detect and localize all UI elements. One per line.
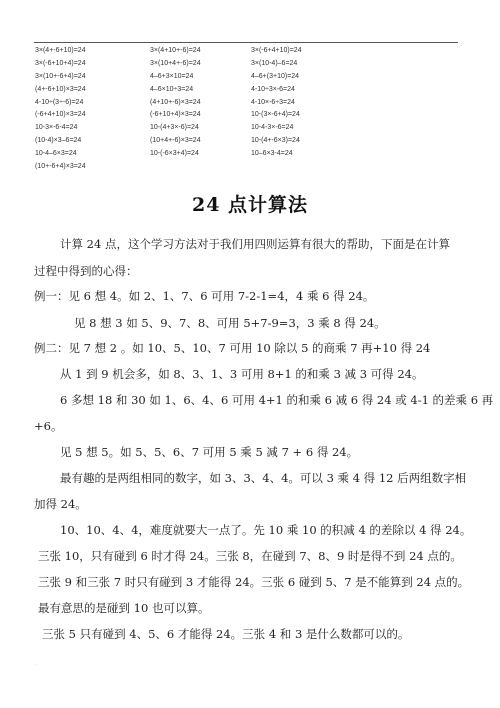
paragraph-line: 从 1 到 9 机会多，如 8、3、1、3 可用 8+1 的和乘 3 减 3 可… (60, 366, 423, 382)
document-page: · 3×(4+-6+10)=24 3×(-6+10+4)=24 3×(10+-6… (0, 0, 500, 708)
paragraph-line: 计算 24 点，这个学习方法对于我们用四则运算有很大的帮助，下面是在计算 (60, 236, 450, 252)
paragraph-line: 6 多想 18 和 30 如 1、6、4、6 可用 4+1 的和乘 6 减 6 … (60, 392, 493, 408)
paragraph-line: +6。 (34, 418, 62, 434)
paragraph-line: 见 8 想 3 如 5、9、7、8、可用 5+7-9=3，3 乘 8 得 24。 (74, 315, 386, 331)
paragraph-line: 三张 9 和三张 7 时只有碰到 3 才能得 24。三张 6 碰到 5、7 是不… (38, 574, 469, 590)
document-body: 计算 24 点，这个学习方法对于我们用四则运算有很大的帮助，下面是在计算 过程中… (34, 0, 474, 708)
footer-mark: · (36, 662, 38, 668)
paragraph-line: 三张 5 只有碰到 4、5、6 才能得 24。三张 4 和 3 是什么数都可以的… (42, 626, 409, 642)
paragraph-line: 三张 10，只有碰到 6 时才得 24。三张 8，在碰到 7、8、9 时是得不到… (38, 548, 462, 564)
paragraph-line: 最有意思的是碰到 10 也可以算。 (38, 600, 209, 616)
paragraph-line: 10、10、4、4，难度就要大一点了。先 10 乘 10 的积减 4 的差除以 … (60, 522, 471, 538)
paragraph-line: 例二：见 7 想 2 。如 10、5、10、7 可用 10 除以 5 的商乘 7… (34, 340, 430, 356)
paragraph-line: 最有趣的是两组相同的数字，如 3、3、4、4。可以 3 乘 4 得 12 后两组… (60, 470, 466, 486)
paragraph-line: 过程中得到的心得： (34, 263, 138, 279)
paragraph-line: 加得 24。 (34, 496, 87, 512)
paragraph-line: 见 5 想 5。如 5、5、6、7 可用 5 乘 5 减 7 + 6 得 24。 (60, 444, 358, 460)
paragraph-line: 例一：见 6 想 4。如 2、1、7、6 可用 7-2-1=4，4 乘 6 得 … (34, 288, 374, 304)
